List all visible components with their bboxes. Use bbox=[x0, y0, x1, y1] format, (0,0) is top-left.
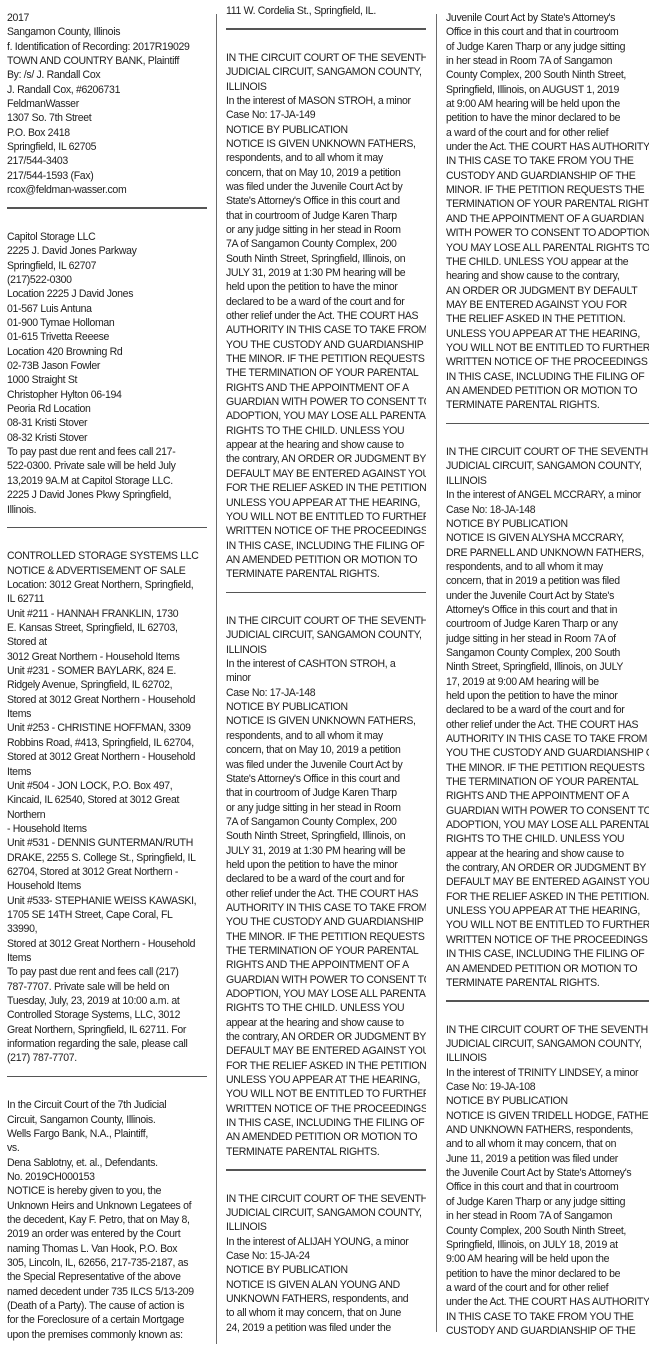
notice-text-line: 1000 Straight St bbox=[7, 373, 207, 387]
notice-text-line: RIGHTS AND THE APPOINTMENT OF A bbox=[446, 789, 649, 803]
notice-text-line: JUDICIAL CIRCUIT, SANGAMON COUNTY, bbox=[226, 1206, 426, 1220]
notice-text-line: NOTICE IS GIVEN TRIDELL HODGE, FATHER, bbox=[446, 1109, 649, 1123]
notice-text-line: other relief under the Act. THE COURT HA… bbox=[446, 718, 649, 732]
notice-text-line: Juvenile Court Act by State's Attorney's bbox=[446, 11, 649, 25]
notice-text-line: JUDICIAL CIRCUIT, SANGAMON COUNTY, bbox=[226, 65, 426, 79]
notice-text-line: GUARDIAN WITH POWER TO CONSENT TO bbox=[226, 973, 426, 987]
notice-text-line: Northern bbox=[7, 808, 207, 822]
notice-text-line: RIGHTS AND THE APPOINTMENT OF A bbox=[226, 381, 426, 395]
notice-text-line: JULY 31, 2019 at 1:30 PM hearing will be bbox=[226, 266, 426, 280]
notice-text-line: GUARDIAN WITH POWER TO CONSENT TO bbox=[226, 395, 426, 409]
notice-text-line: Circuit, Sangamon County, Illinois. bbox=[7, 1113, 207, 1127]
notice-text-line: 01-900 Tymae Holloman bbox=[7, 316, 207, 330]
notice-text-line: IN THE CIRCUIT COURT OF THE SEVENTH bbox=[446, 1023, 649, 1037]
notice-text-line: WRITTEN NOTICE OF THE PROCEEDINGS bbox=[446, 355, 649, 369]
notice-text-line: Sangamon County Complex, 200 South bbox=[446, 646, 649, 660]
notice-text-line: Unknown Heirs and Unknown Legatees of bbox=[7, 1199, 207, 1213]
notice-text-line: or any judge sitting in her stead in Roo… bbox=[226, 223, 426, 237]
notice-text-line: Attorney's Office in this court and that… bbox=[446, 603, 649, 617]
notice-text-line: IN THIS CASE, INCLUDING THE FILING OF bbox=[226, 1116, 426, 1130]
notice-text-line: Tuesday, July, 23, 2019 at 10:00 a.m. at bbox=[7, 994, 207, 1008]
notice-text-line: CONTROLLED STORAGE SYSTEMS LLC bbox=[7, 549, 207, 563]
notice-text-line: THE TERMINATION OF YOUR PARENTAL bbox=[226, 366, 426, 380]
notice-text-line: NOTICE IS GIVEN ALAN YOUNG AND bbox=[226, 1278, 426, 1292]
notice-text-line: NOTICE & ADVERTISEMENT OF SALE bbox=[7, 564, 207, 578]
notice-text-line: JULY 31, 2019 at 1:30 PM hearing will be bbox=[226, 844, 426, 858]
notice-text-line: Great Northern, Springfield, IL 62711. F… bbox=[7, 1023, 207, 1037]
notice-text-line: - Household Items bbox=[7, 822, 207, 836]
notice-text-line: TOWN AND COUNTRY BANK, Plaintiff bbox=[7, 54, 207, 68]
notice-text-line: declared to be a ward of the court and f… bbox=[226, 295, 426, 309]
notice-text-line: concern, that on May 10, 2019 a petition bbox=[226, 743, 426, 757]
notice-text-line: Items bbox=[7, 765, 207, 779]
notice-text-line: ILLINOIS bbox=[226, 1220, 426, 1234]
notice-text-line: Location: 3012 Great Northern, Springfie… bbox=[7, 578, 207, 592]
notice-text-line: rcox@feldman-wasser.com bbox=[7, 183, 207, 197]
column-1: 2017Sangamon County, Illinoisf. Identifi… bbox=[7, 0, 207, 1350]
notice-text-line: the contrary, AN ORDER OR JUDGMENT BY bbox=[446, 861, 649, 875]
notice-text-line: other relief under the Act. THE COURT HA… bbox=[226, 309, 426, 323]
notice-text-line: Kincaid, IL 62540, Stored at 3012 Great bbox=[7, 793, 207, 807]
notice-text-line: NOTICE IS GIVEN UNKNOWN FATHERS, bbox=[226, 714, 426, 728]
notice-separator-rule bbox=[7, 207, 207, 209]
notice-text-line: 1307 So. 7th Street bbox=[7, 111, 207, 125]
notice-text-line: FOR THE RELIEF ASKED IN THE PETITION. bbox=[446, 890, 649, 904]
notice-text-line: AND UNKNOWN FATHERS, respondents, bbox=[446, 1123, 649, 1137]
notice-text-line: NOTICE BY PUBLICATION bbox=[226, 123, 426, 137]
notice-text-line: South Ninth Street, Springfield, Illinoi… bbox=[226, 252, 426, 266]
notice-text-line: RIGHTS TO THE CHILD. UNLESS YOU bbox=[446, 832, 649, 846]
notice-text-line: AN AMENDED PETITION OR MOTION TO bbox=[446, 384, 649, 398]
notice-text-line: UNLESS YOU APPEAR AT THE HEARING, bbox=[226, 1073, 426, 1087]
notice-text-line: declared to be a ward of the court and f… bbox=[226, 872, 426, 886]
notice-text-line: IN THIS CASE, INCLUDING THE FILING OF bbox=[226, 539, 426, 553]
notice-text-line: respondents, and to all whom it may bbox=[226, 151, 426, 165]
notice-text-line: THE MINOR. IF THE PETITION REQUESTS bbox=[226, 352, 426, 366]
notice-text-line: IN THIS CASE TO TAKE FROM YOU THE bbox=[446, 1310, 649, 1324]
notice-text-line: TERMINATE PARENTAL RIGHTS. bbox=[446, 398, 649, 412]
notice-text-line: AN ORDER OR JUDGMENT BY DEFAULT bbox=[446, 284, 649, 298]
legal-notice-wells-fargo-sablotny: In the Circuit Court of the 7th Judicial… bbox=[7, 1098, 207, 1342]
notice-text-line: In the interest of ALIJAH YOUNG, a minor bbox=[226, 1235, 426, 1249]
notice-text-line: 08-32 Kristi Stover bbox=[7, 431, 207, 445]
legal-notice-wells-fargo-tail: 111 W. Cordelia St., Springfield, IL. bbox=[226, 4, 426, 18]
notice-separator-rule bbox=[226, 1169, 426, 1171]
notice-text-line: IN THIS CASE TO TAKE FROM YOU THE bbox=[446, 154, 649, 168]
notice-separator-rule bbox=[226, 28, 426, 30]
notice-text-line: IN THE CIRCUIT COURT OF THE SEVENTH bbox=[226, 1192, 426, 1206]
notice-text-line: ADOPTION, YOU MAY LOSE ALL PARENTAL bbox=[446, 818, 649, 832]
legal-notice-capitol-storage: Capitol Storage LLC2225 J. David Jones P… bbox=[7, 230, 207, 517]
notice-text-line: JUDICIAL CIRCUIT, SANGAMON COUNTY, bbox=[226, 628, 426, 642]
notice-text-line: Location 420 Browning Rd bbox=[7, 345, 207, 359]
notice-text-line: 13,2019 9A.M at Capitol Storage LLC. bbox=[7, 474, 207, 488]
notice-text-line: the Special Representative of the above bbox=[7, 1270, 207, 1284]
notice-text-line: ILLINOIS bbox=[446, 474, 649, 488]
notice-text-line: naming Thomas L. Van Hook, P.O. Box bbox=[7, 1242, 207, 1256]
notice-text-line: the contrary, AN ORDER OR JUDGMENT BY bbox=[226, 1030, 426, 1044]
notice-text-line: 522-0300. Private sale will be held July bbox=[7, 459, 207, 473]
notice-text-line: information regarding the sale, please c… bbox=[7, 1037, 207, 1051]
notice-text-line: TERMINATION OF YOUR PARENTAL RIGHTS bbox=[446, 197, 649, 211]
notice-text-line: Case No: 18-JA-148 bbox=[446, 503, 649, 517]
notice-text-line: (Death of a Party). The cause of action … bbox=[7, 1299, 207, 1313]
notice-text-line: WITH POWER TO CONSENT TO ADOPTION, bbox=[446, 226, 649, 240]
notice-text-line: YOU WILL NOT BE ENTITLED TO FURTHER bbox=[226, 1087, 426, 1101]
notice-text-line: County Complex, 200 South Ninth Street, bbox=[446, 68, 649, 82]
notice-text-line: YOU THE CUSTODY AND GUARDIANSHIP OF bbox=[446, 746, 649, 760]
notice-text-line: NOTICE BY PUBLICATION bbox=[226, 700, 426, 714]
notice-text-line: Case No: 17-JA-148 bbox=[226, 686, 426, 700]
notice-text-line: of Judge Karen Tharp or any judge sittin… bbox=[446, 1195, 649, 1209]
notice-text-line: No. 2019CH000153 bbox=[7, 1170, 207, 1184]
column-2: 111 W. Cordelia St., Springfield, IL.IN … bbox=[226, 0, 426, 1350]
notice-text-line: To pay past due rent and fees call (217) bbox=[7, 965, 207, 979]
notice-text-line: Unit #531 - DENNIS GUNTERMAN/RUTH bbox=[7, 836, 207, 850]
legal-notice-trinity-lindsey: IN THE CIRCUIT COURT OF THE SEVENTHJUDIC… bbox=[446, 1023, 649, 1339]
notice-text-line: 33990, bbox=[7, 922, 207, 936]
notice-text-line: 787-7707. Private sale will be held on bbox=[7, 980, 207, 994]
notice-text-line: In the interest of CASHTON STROH, a bbox=[226, 657, 426, 671]
notice-text-line: under the Act. THE COURT HAS AUTHORITY bbox=[446, 140, 649, 154]
notice-text-line: UNLESS YOU APPEAR AT THE HEARING, bbox=[226, 496, 426, 510]
notice-text-line: the decedent, Kay F. Petro, that on May … bbox=[7, 1213, 207, 1227]
notice-text-line: June 11, 2019 a petition was filed under bbox=[446, 1152, 649, 1166]
legal-notice-alijah-young: IN THE CIRCUIT COURT OF THE SEVENTHJUDIC… bbox=[226, 1192, 426, 1335]
notice-text-line: THE MINOR. IF THE PETITION REQUESTS bbox=[446, 761, 649, 775]
notice-text-line: DRE PARNELL AND UNKNOWN FATHERS, bbox=[446, 546, 649, 560]
notice-text-line: Unit #211 - HANNAH FRANKLIN, 1730 bbox=[7, 607, 207, 621]
notice-text-line: or any judge sitting in her stead in Roo… bbox=[226, 801, 426, 815]
notice-text-line: Stored at 3012 Great Northern - Househol… bbox=[7, 937, 207, 951]
notice-text-line: Robbins Road, #413, Springfield, IL 6270… bbox=[7, 736, 207, 750]
notice-text-line: 7A of Sangamon County Complex, 200 bbox=[226, 815, 426, 829]
notice-text-line: the contrary, AN ORDER OR JUDGMENT BY bbox=[226, 452, 426, 466]
notice-text-line: was filed under the Juvenile Court Act b… bbox=[226, 758, 426, 772]
notice-text-line: 217/544-1593 (Fax) bbox=[7, 169, 207, 183]
notice-text-line: DRAKE, 2255 S. College St., Springfield,… bbox=[7, 851, 207, 865]
notice-text-line: AUTHORITY IN THIS CASE TO TAKE FROM bbox=[226, 901, 426, 915]
notice-text-line: NOTICE IS GIVEN UNKNOWN FATHERS, bbox=[226, 137, 426, 151]
notice-text-line: Case No: 17-JA-149 bbox=[226, 108, 426, 122]
notice-text-line: Peoria Rd Location bbox=[7, 402, 207, 416]
notice-text-line: IN THIS CASE, INCLUDING THE FILING OF bbox=[446, 947, 649, 961]
notice-text-line: State's Attorney's Office in this court … bbox=[226, 194, 426, 208]
notice-text-line: f. Identification of Recording: 2017R190… bbox=[7, 40, 207, 54]
notice-text-line: Unit #533- STEPHANIE WEISS KAWASKI, bbox=[7, 894, 207, 908]
notice-text-line: Springfield, Illinois, on AUGUST 1, 2019 bbox=[446, 83, 649, 97]
notice-text-line: 01-615 Trivetta Reeese bbox=[7, 330, 207, 344]
notice-text-line: appear at the hearing and show cause to bbox=[226, 438, 426, 452]
notice-text-line: TERMINATE PARENTAL RIGHTS. bbox=[226, 1145, 426, 1159]
notice-text-line: named decedent under 735 ILCS 5/13-209 bbox=[7, 1285, 207, 1299]
notice-text-line: RIGHTS AND THE APPOINTMENT OF A bbox=[226, 958, 426, 972]
notice-text-line: Office in this court and that in courtro… bbox=[446, 25, 649, 39]
notice-text-line: judge sitting in her stead in Room 7A of bbox=[446, 632, 649, 646]
notice-text-line: South Ninth Street, Springfield, Illinoi… bbox=[226, 829, 426, 843]
notice-text-line: 62704, Stored at 3012 Great Northern - bbox=[7, 865, 207, 879]
notice-separator-rule bbox=[446, 423, 649, 425]
notice-text-line: GUARDIAN WITH POWER TO CONSENT TO bbox=[446, 804, 649, 818]
notice-text-line: THE CHILD. UNLESS YOU appear at the bbox=[446, 255, 649, 269]
notice-text-line: petition to have the minor declared to b… bbox=[446, 111, 649, 125]
notice-text-line: ILLINOIS bbox=[226, 643, 426, 657]
notice-text-line: UNKNOWN FATHERS, respondents, and bbox=[226, 1292, 426, 1306]
legal-notice-alijah-young-tail: Juvenile Court Act by State's Attorney's… bbox=[446, 11, 649, 413]
notice-text-line: vs. bbox=[7, 1141, 207, 1155]
notice-text-line: YOU THE CUSTODY AND GUARDIANSHIP OF bbox=[226, 338, 426, 352]
notice-text-line: to all whom it may concern, that on June bbox=[226, 1306, 426, 1320]
notice-text-line: AUTHORITY IN THIS CASE TO TAKE FROM bbox=[226, 323, 426, 337]
notice-text-line: To pay past due rent and fees call 217- bbox=[7, 445, 207, 459]
notice-text-line: held upon the petition to have the minor bbox=[226, 858, 426, 872]
notice-text-line: that in courtroom of Judge Karen Tharp bbox=[226, 786, 426, 800]
notice-text-line: Stored at bbox=[7, 635, 207, 649]
notice-text-line: minor bbox=[226, 671, 426, 685]
notice-text-line: ADOPTION, YOU MAY LOSE ALL PARENTAL bbox=[226, 409, 426, 423]
notice-text-line: 08-31 Kristi Stover bbox=[7, 416, 207, 430]
column-3: Juvenile Court Act by State's Attorney's… bbox=[446, 0, 649, 1350]
notice-text-line: JUDICIAL CIRCUIT, SANGAMON COUNTY, bbox=[446, 459, 649, 473]
legal-notice-controlled-storage: CONTROLLED STORAGE SYSTEMS LLCNOTICE & A… bbox=[7, 549, 207, 1065]
notice-text-line: TERMINATE PARENTAL RIGHTS. bbox=[226, 567, 426, 581]
notice-text-line: ADOPTION, YOU MAY LOSE ALL PARENTAL bbox=[226, 987, 426, 1001]
notice-text-line: Controlled Storage Systems, LLC, 3012 bbox=[7, 1008, 207, 1022]
legal-notice-foreclosure-tail-town-and-country: 2017Sangamon County, Illinoisf. Identifi… bbox=[7, 11, 207, 197]
notice-text-line: NOTICE BY PUBLICATION bbox=[446, 517, 649, 531]
notice-text-line: JUDICIAL CIRCUIT, SANGAMON COUNTY, bbox=[446, 1037, 649, 1051]
notice-text-line: held upon the petition to have the minor bbox=[226, 280, 426, 294]
notice-text-line: 02-73B Jason Fowler bbox=[7, 359, 207, 373]
notice-separator-rule bbox=[7, 1076, 207, 1078]
notice-text-line: under the Juvenile Court Act by State's bbox=[446, 589, 649, 603]
notice-text-line: MAY BE ENTERED AGAINST YOU FOR bbox=[446, 298, 649, 312]
notice-text-line: DEFAULT MAY BE ENTERED AGAINST YOU bbox=[226, 1044, 426, 1058]
notice-text-line: THE TERMINATION OF YOUR PARENTAL bbox=[446, 775, 649, 789]
notice-text-line: RIGHTS TO THE CHILD. UNLESS YOU bbox=[226, 1001, 426, 1015]
notice-text-line: Ridgely Avenue, Springfield, IL 62702, bbox=[7, 678, 207, 692]
notice-text-line: Sangamon County, Illinois bbox=[7, 25, 207, 39]
notice-text-line: AN AMENDED PETITION OR MOTION TO bbox=[446, 962, 649, 976]
legal-notice-cashton-stroh: IN THE CIRCUIT COURT OF THE SEVENTHJUDIC… bbox=[226, 614, 426, 1159]
notice-text-line: NOTICE IS GIVEN ALYSHA MCCRARY, bbox=[446, 531, 649, 545]
notice-text-line: AN AMENDED PETITION OR MOTION TO bbox=[226, 1130, 426, 1144]
notice-text-line: UNLESS YOU APPEAR AT THE HEARING, bbox=[446, 327, 649, 341]
notice-text-line: concern, that on May 10, 2019 a petition bbox=[226, 166, 426, 180]
notice-text-line: Springfield, IL 62705 bbox=[7, 140, 207, 154]
notice-text-line: 111 W. Cordelia St., Springfield, IL. bbox=[226, 4, 426, 18]
notice-text-line: Household Items bbox=[7, 879, 207, 893]
notice-text-line: Springfield, IL 62707 bbox=[7, 259, 207, 273]
notice-text-line: NOTICE BY PUBLICATION bbox=[226, 1263, 426, 1277]
notice-separator-rule bbox=[446, 1000, 649, 1002]
notice-text-line: Stored at 3012 Great Northern - Househol… bbox=[7, 750, 207, 764]
notice-text-line: IN THE CIRCUIT COURT OF THE SEVENTH bbox=[446, 445, 649, 459]
notice-text-line: Capitol Storage LLC bbox=[7, 230, 207, 244]
notice-text-line: 1705 SE 14TH Street, Cape Coral, FL bbox=[7, 908, 207, 922]
notice-text-line: ILLINOIS bbox=[226, 80, 426, 94]
notice-text-line: upon the premises commonly known as: bbox=[7, 1328, 207, 1342]
notice-text-line: (217)522-0300 bbox=[7, 273, 207, 287]
notice-text-line: AN AMENDED PETITION OR MOTION TO bbox=[226, 553, 426, 567]
notice-text-line: 3012 Great Northern - Household Items bbox=[7, 650, 207, 664]
notice-text-line: WRITTEN NOTICE OF THE PROCEEDINGS bbox=[226, 524, 426, 538]
notice-text-line: FOR THE RELIEF ASKED IN THE PETITION. bbox=[226, 481, 426, 495]
notice-text-line: 17, 2019 at 9:00 AM hearing will be bbox=[446, 675, 649, 689]
notice-text-line: 01-567 Luis Antuna bbox=[7, 302, 207, 316]
notice-text-line: Dena Sablotny, et. al., Defendants. bbox=[7, 1156, 207, 1170]
notice-text-line: Unit #231 - SOMER BAYLARK, 824 E. bbox=[7, 664, 207, 678]
notice-text-line: in her stead in Room 7A of Sangamon bbox=[446, 1209, 649, 1223]
notice-text-line: CUSTODY AND GUARDIANSHIP OF THE bbox=[446, 169, 649, 183]
notice-text-line: Location 2225 J David Jones bbox=[7, 287, 207, 301]
notice-text-line: other relief under the Act. THE COURT HA… bbox=[226, 887, 426, 901]
notice-text-line: 9:00 AM hearing will be held upon the bbox=[446, 1252, 649, 1266]
notice-text-line: State's Attorney's Office in this court … bbox=[226, 772, 426, 786]
notice-text-line: By: /s/ J. Randall Cox bbox=[7, 68, 207, 82]
notice-text-line: was filed under the Juvenile Court Act b… bbox=[226, 180, 426, 194]
notice-text-line: Case No: 15-JA-24 bbox=[226, 1249, 426, 1263]
notice-text-line: Office in this court and that in courtro… bbox=[446, 1180, 649, 1194]
notice-text-line: FeldmanWasser bbox=[7, 97, 207, 111]
notice-text-line: J. Randall Cox, #6206731 bbox=[7, 83, 207, 97]
notice-text-line: courtroom of Judge Karen Tharp or any bbox=[446, 617, 649, 631]
notice-text-line: YOU MAY LOSE ALL PARENTAL RIGHTS TO bbox=[446, 241, 649, 255]
notice-text-line: IN THE CIRCUIT COURT OF THE SEVENTH bbox=[226, 51, 426, 65]
notice-text-line: YOU THE CUSTODY AND GUARDIANSHIP OF bbox=[226, 915, 426, 929]
notice-text-line: 2225 J. David Jones Parkway bbox=[7, 244, 207, 258]
notice-text-line: petition to have the minor declared to b… bbox=[446, 1267, 649, 1281]
notice-text-line: WRITTEN NOTICE OF THE PROCEEDINGS bbox=[226, 1102, 426, 1116]
notice-text-line: concern, that in 2019 a petition was fil… bbox=[446, 574, 649, 588]
notice-text-line: Illinois. bbox=[7, 503, 207, 517]
notice-text-line: THE RELIEF ASKED IN THE PETITION. bbox=[446, 312, 649, 326]
notice-text-line: Unit #253 - CHRISTINE HOFFMAN, 3309 bbox=[7, 721, 207, 735]
notice-text-line: YOU WILL NOT BE ENTITLED TO FURTHER bbox=[226, 510, 426, 524]
notice-text-line: Unit #504 - JON LOCK, P.O. Box 497, bbox=[7, 779, 207, 793]
notice-text-line: in her stead in Room 7A of Sangamon bbox=[446, 54, 649, 68]
notice-separator-rule bbox=[7, 527, 207, 529]
notice-text-line: a ward of the court and for other relief bbox=[446, 126, 649, 140]
notice-text-line: 305, Lincoln, IL, 62656, 217-735-2187, a… bbox=[7, 1256, 207, 1270]
notice-text-line: 2019 an order was entered by the Court bbox=[7, 1227, 207, 1241]
notice-text-line: IN THIS CASE, INCLUDING THE FILING OF bbox=[446, 370, 649, 384]
notice-text-line: In the interest of TRINITY LINDSEY, a mi… bbox=[446, 1066, 649, 1080]
notice-text-line: and to all whom it may concern, that on bbox=[446, 1137, 649, 1151]
notice-text-line: YOU WILL NOT BE ENTITLED TO FURTHER bbox=[446, 341, 649, 355]
notice-text-line: AUTHORITY IN THIS CASE TO TAKE FROM bbox=[446, 732, 649, 746]
notice-text-line: Items bbox=[7, 951, 207, 965]
notice-text-line: 217/544-3403 bbox=[7, 154, 207, 168]
notice-text-line: DEFAULT MAY BE ENTERED AGAINST YOU bbox=[226, 467, 426, 481]
notice-text-line: appear at the hearing and show cause to bbox=[226, 1016, 426, 1030]
notice-text-line: held upon the petition to have the minor bbox=[446, 689, 649, 703]
notice-text-line: In the interest of MASON STROH, a minor bbox=[226, 94, 426, 108]
notice-text-line: respondents, and to all whom it may bbox=[226, 729, 426, 743]
notice-text-line: NOTICE is hereby given to you, the bbox=[7, 1184, 207, 1198]
notice-text-line: RIGHTS TO THE CHILD. UNLESS YOU bbox=[226, 424, 426, 438]
notice-text-line: Items bbox=[7, 707, 207, 721]
notice-text-line: DEFAULT MAY BE ENTERED AGAINST YOU bbox=[446, 875, 649, 889]
notice-text-line: hearing and show cause to the contrary, bbox=[446, 269, 649, 283]
notice-text-line: YOU WILL NOT BE ENTITLED TO FURTHER bbox=[446, 918, 649, 932]
notice-text-line: P.O. Box 2418 bbox=[7, 126, 207, 140]
notice-text-line: under the Act. THE COURT HAS AUTHORITY bbox=[446, 1295, 649, 1309]
notice-text-line: Stored at 3012 Great Northern - Househol… bbox=[7, 693, 207, 707]
notice-text-line: County Complex, 200 South Ninth Street, bbox=[446, 1224, 649, 1238]
notice-text-line: IL 62711 bbox=[7, 592, 207, 606]
notice-text-line: In the interest of ANGEL MCCRARY, a mino… bbox=[446, 488, 649, 502]
notice-text-line: Christopher Hylton 06-194 bbox=[7, 388, 207, 402]
notice-text-line: THE TERMINATION OF YOUR PARENTAL bbox=[226, 944, 426, 958]
notice-text-line: of Judge Karen Tharp or any judge sittin… bbox=[446, 40, 649, 54]
notice-text-line: respondents, and to all whom it may bbox=[446, 560, 649, 574]
notice-text-line: 2017 bbox=[7, 11, 207, 25]
notice-text-line: UNLESS YOU APPEAR AT THE HEARING, bbox=[446, 904, 649, 918]
column-divider bbox=[216, 14, 217, 1344]
notice-text-line: (217) 787-7707. bbox=[7, 1051, 207, 1065]
notice-text-line: declared to be a ward of the court and f… bbox=[446, 703, 649, 717]
notice-text-line: ILLINOIS bbox=[446, 1051, 649, 1065]
notice-text-line: 7A of Sangamon County Complex, 200 bbox=[226, 237, 426, 251]
legal-notice-mason-stroh: IN THE CIRCUIT COURT OF THE SEVENTHJUDIC… bbox=[226, 51, 426, 582]
notice-text-line: AND THE APPOINTMENT OF A GUARDIAN bbox=[446, 212, 649, 226]
notice-text-line: TERMINATE PARENTAL RIGHTS. bbox=[446, 976, 649, 990]
notice-text-line: THE MINOR. IF THE PETITION REQUESTS bbox=[226, 930, 426, 944]
notice-text-line: appear at the hearing and show cause to bbox=[446, 847, 649, 861]
column-divider bbox=[436, 14, 437, 1332]
notice-text-line: NOTICE BY PUBLICATION bbox=[446, 1094, 649, 1108]
notice-text-line: a ward of the court and for other relief bbox=[446, 1281, 649, 1295]
notice-text-line: IN THE CIRCUIT COURT OF THE SEVENTH bbox=[226, 614, 426, 628]
notice-text-line: Wells Fargo Bank, N.A., Plaintiff, bbox=[7, 1127, 207, 1141]
notice-text-line: 2225 J David Jones Pkwy Springfield, bbox=[7, 488, 207, 502]
notice-text-line: Ninth Street, Springfield, Illinois, on … bbox=[446, 660, 649, 674]
notice-text-line: MINOR. IF THE PETITION REQUESTS THE bbox=[446, 183, 649, 197]
notice-text-line: WRITTEN NOTICE OF THE PROCEEDINGS bbox=[446, 933, 649, 947]
notice-text-line: for the Foreclosure of a certain Mortgag… bbox=[7, 1313, 207, 1327]
notice-text-line: Springfield, Illinois, on JULY 18, 2019 … bbox=[446, 1238, 649, 1252]
notice-separator-rule bbox=[226, 592, 426, 594]
notice-text-line: In the Circuit Court of the 7th Judicial bbox=[7, 1098, 207, 1112]
notice-text-line: E. Kansas Street, Springfield, IL 62703, bbox=[7, 621, 207, 635]
legal-notice-angel-mccrary: IN THE CIRCUIT COURT OF THE SEVENTHJUDIC… bbox=[446, 445, 649, 990]
notice-text-line: that in courtroom of Judge Karen Tharp bbox=[226, 209, 426, 223]
notice-text-line: Case No: 19-JA-108 bbox=[446, 1080, 649, 1094]
notice-text-line: the Juvenile Court Act by State's Attorn… bbox=[446, 1166, 649, 1180]
notice-text-line: CUSTODY AND GUARDIANSHIP OF THE bbox=[446, 1324, 649, 1338]
notice-text-line: at 9:00 AM hearing will be held upon the bbox=[446, 97, 649, 111]
notice-text-line: 24, 2019 a petition was filed under the bbox=[226, 1321, 426, 1335]
notice-text-line: FOR THE RELIEF ASKED IN THE PETITION. bbox=[226, 1059, 426, 1073]
